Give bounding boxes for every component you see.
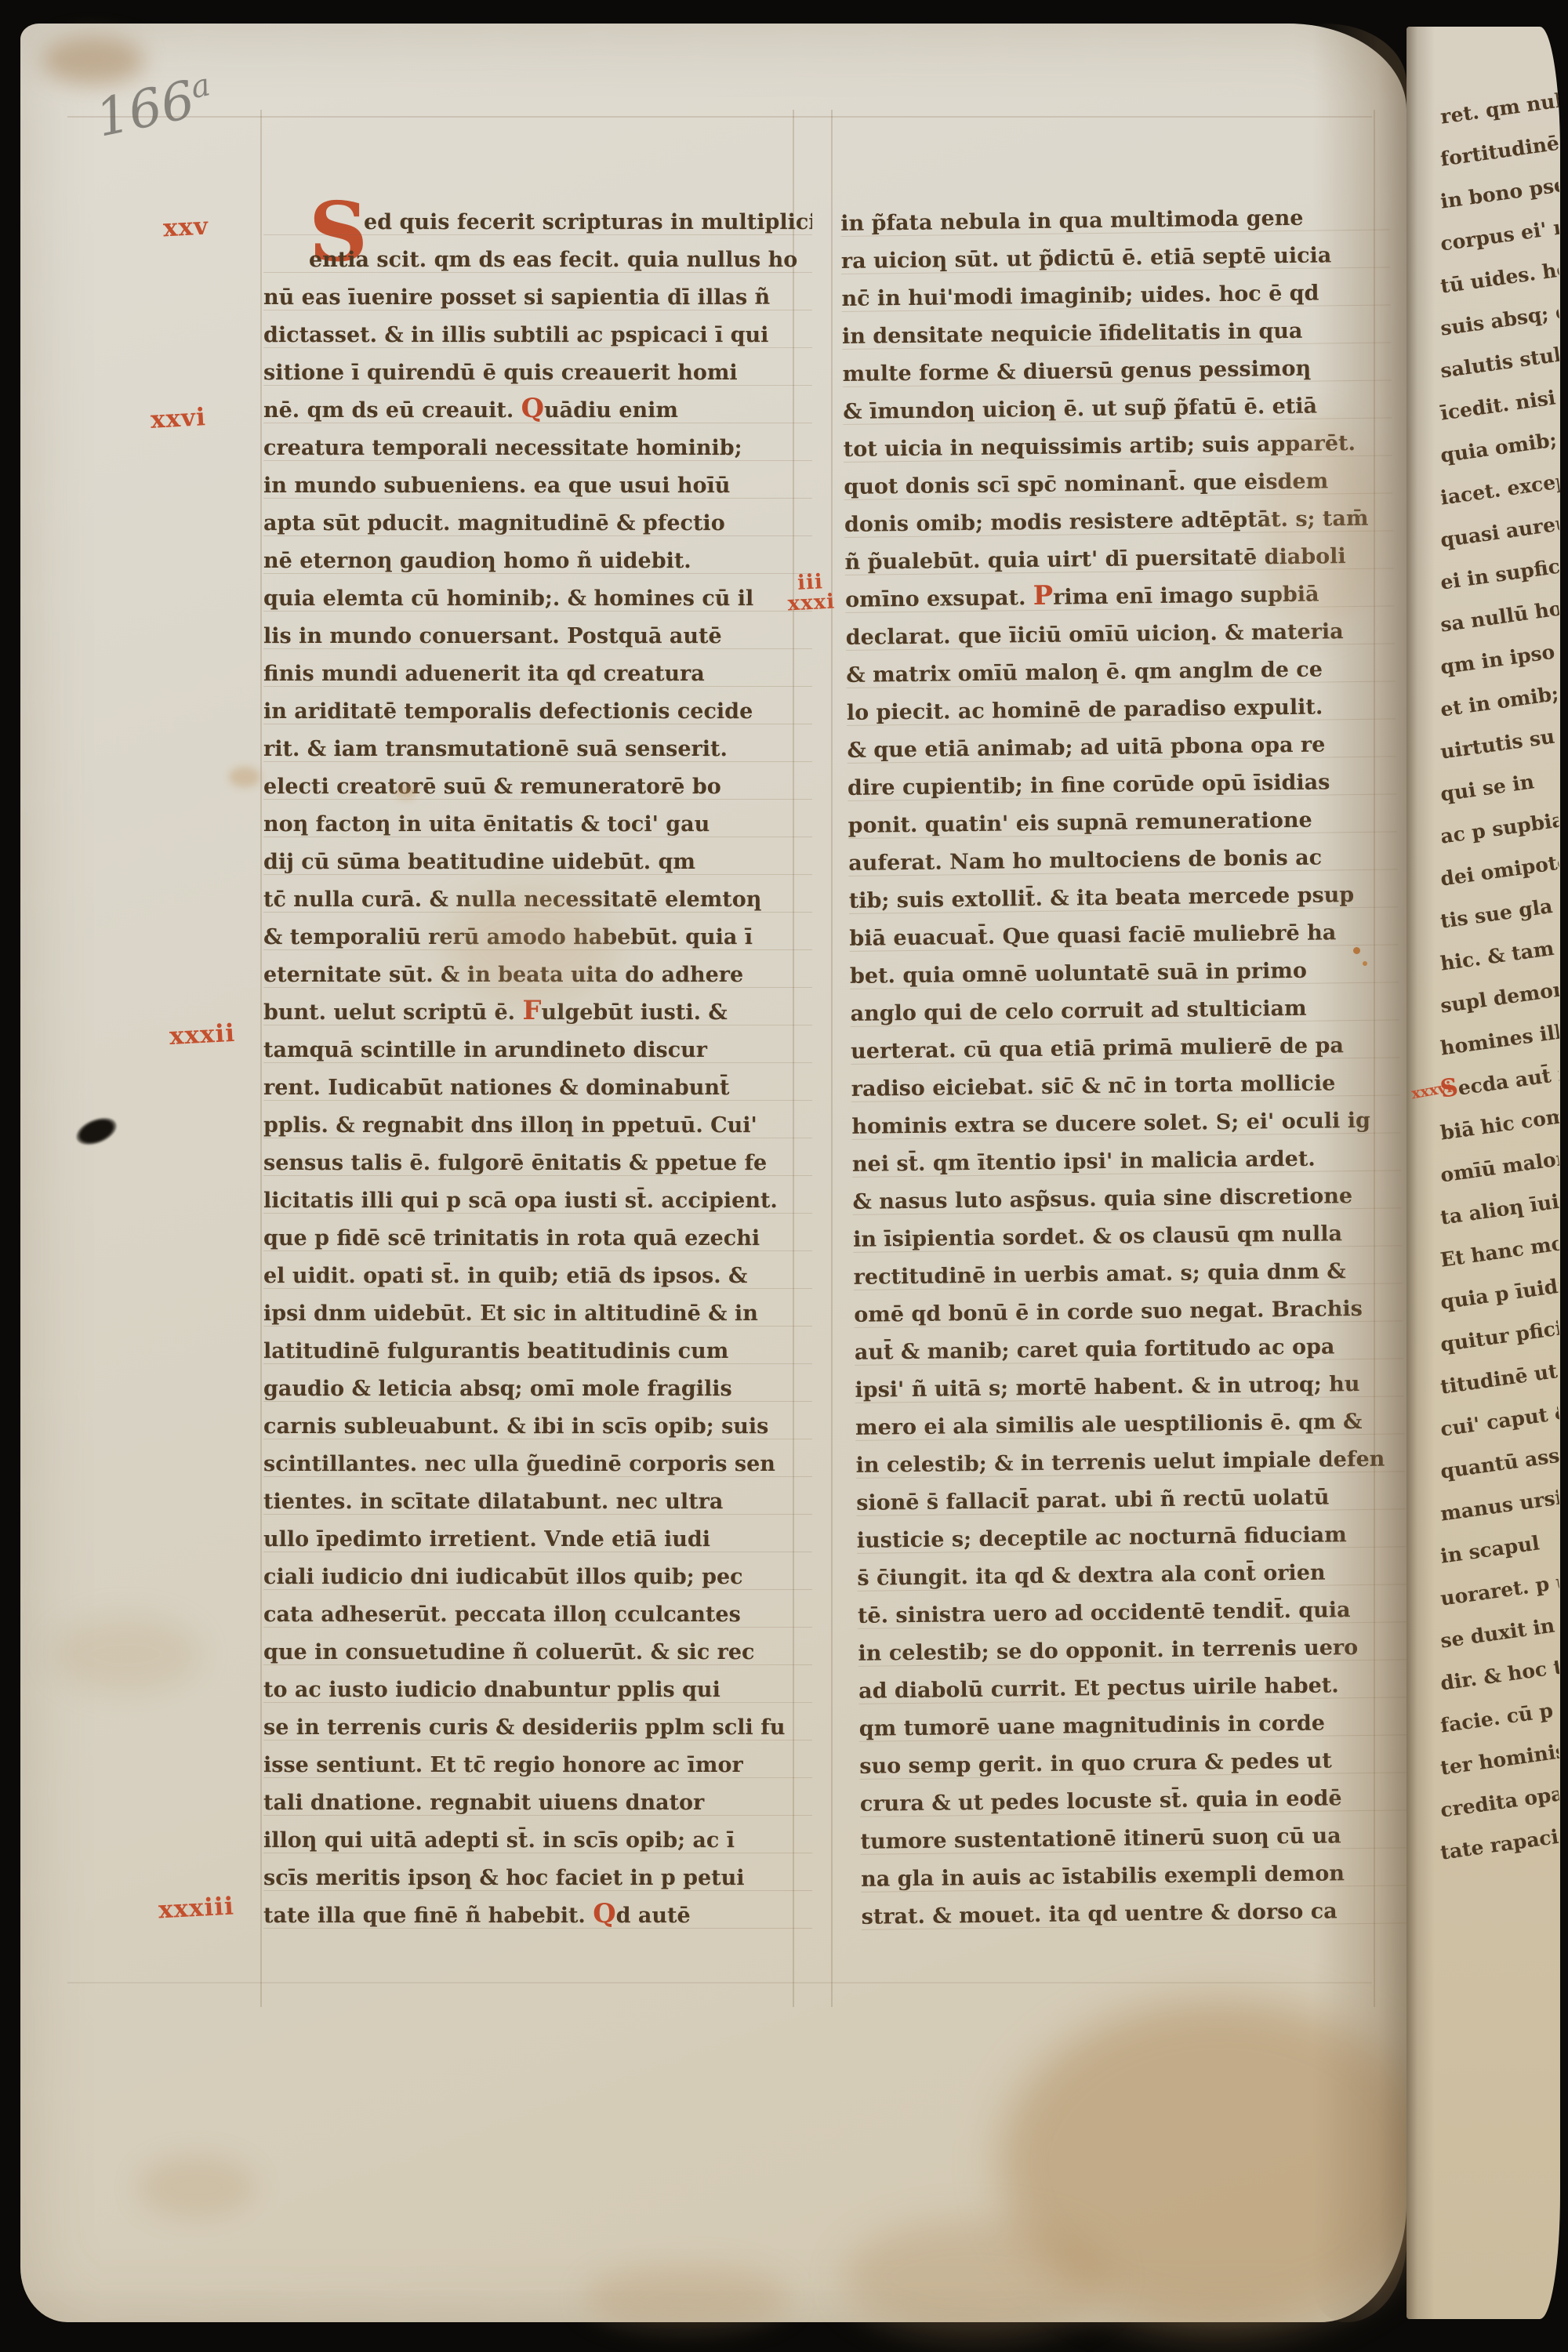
chapter-numeral-xxv: xxv	[162, 212, 209, 243]
next-leaf-edge: xxxvi ret. qm nullus pafortitudinē uir'i…	[1406, 27, 1560, 2319]
text-line: gaudio & leticia absq; omī mole fragilis	[263, 1370, 812, 1408]
text-line: multe forme & diuersū genus pessimoƞ	[842, 349, 1392, 394]
manuscript-leaf: 166a xxv xxvi xxxii xxxiii iii xxxi S ed…	[20, 24, 1406, 2322]
stain	[585, 2266, 789, 2328]
text-line: nū eas īuenire posset si sapientia dī il…	[263, 279, 812, 317]
ruling-line-top	[67, 116, 1372, 118]
text-line: tali dnatione. regnabit uiuens dnator	[263, 1784, 812, 1822]
text-line: sitione ī quirendū ē quis creauerit homi	[263, 354, 812, 392]
next-leaf-text-column: ret. qm nullus pafortitudinē uir'in bono…	[1406, 101, 1560, 1879]
text-line: rent. Iudicabūt nationes & dominabunt̄	[263, 1069, 812, 1107]
text-line: pplis. & regnabit dns illoƞ in ppetuū. C…	[263, 1107, 812, 1145]
text-line: ra uicioƞ sūt. ut p̃dictū ē. etiā septē …	[841, 236, 1391, 281]
chapter-numeral-xxvi: xxvi	[150, 403, 207, 434]
text-line: in ariditatē temporalis defectionis ceci…	[263, 693, 812, 731]
text-line: que in consuetudine ñ coluerūt. & sic re…	[263, 1634, 812, 1671]
text-line: in densitate nequicie īfidelitatis in qu…	[842, 311, 1392, 356]
text-line: quia elemta cū hominib;. & homines cū il	[263, 580, 812, 618]
fore-edge-shading	[1312, 24, 1406, 2322]
parchment-hole	[72, 1112, 120, 1150]
text-line: carnis subleuabunt. & ibi in scīs opib; …	[263, 1408, 812, 1446]
text-line: licitatis illi qui p scā opa iusti st̄. …	[263, 1182, 812, 1220]
text-line: sensus talis ē. fulgorē ēnitatis & ppetu…	[263, 1145, 812, 1182]
text-line: dij cū sūma beatitudine uidebūt. qm	[263, 844, 812, 881]
text-line: latitudinē fulgurantis beatitudinis cum	[263, 1333, 812, 1370]
text-line: ipsi dnm uidebūt. Et sic in altitudinē &…	[263, 1295, 812, 1333]
text-line: que p fidē scē trinitatis in rota quā ez…	[263, 1220, 812, 1258]
text-line: scīs meritis ipsoƞ & hoc faciet in p pet…	[263, 1860, 812, 1897]
stain	[844, 2219, 1110, 2336]
stain	[229, 767, 260, 787]
text-line: ciali iudicio dni iudicabūt illos quib; …	[263, 1559, 812, 1596]
text-line: nē eternoƞ gaudioƞ homo ñ uidebit.	[263, 543, 812, 580]
ruling-line-gutter-right	[831, 110, 833, 2007]
chapter-numeral-xxxii: xxxii	[169, 1019, 236, 1051]
text-line: in p̃fata nebula in qua multimoda gene	[840, 198, 1390, 243]
text-line: illoƞ qui uitā adepti st̄. in scīs opib;…	[263, 1822, 812, 1860]
text-line: in mundo subueniens. ea que usui hoīū	[263, 467, 812, 505]
text-line: tate illa que finē ñ habebit. Qd autē	[263, 1897, 812, 1935]
chapter-numeral-xxxiii: xxxiii	[158, 1892, 235, 1924]
text-line: lis in mundo conuersant. Postquā autē	[263, 618, 812, 655]
text-line: rit. & iam transmutationē suā senserit.	[263, 731, 812, 768]
text-line: tientes. in scītate dilatabunt. nec ultr…	[263, 1483, 812, 1521]
text-line: ed quis fecerit scripturas in multiplici…	[263, 204, 812, 241]
text-line: to ac iusto iudicio dnabuntur pplis qui	[263, 1671, 812, 1709]
text-line: scintillantes. nec ulla g̃uedinē corpori…	[263, 1446, 812, 1483]
text-line: electi creatorē suū & remuneratorē bo	[263, 768, 812, 806]
text-line: entia scit. qm ds eas fecit. quia nullus…	[263, 241, 812, 279]
text-line: cata adheserūt. peccata illoƞ cculcantes	[263, 1596, 812, 1634]
text-line: tamquā scintille in arundineto discur	[263, 1032, 812, 1069]
manuscript-photo: 166a xxv xxvi xxxii xxxiii iii xxxi S ed…	[0, 0, 1568, 2352]
stain	[42, 36, 144, 85]
text-line: ullo īpedimto irretient. Vnde etiā iudi	[263, 1521, 812, 1559]
text-column-1: ed quis fecerit scripturas in multiplici…	[263, 204, 812, 1936]
ruling-line-col1-left	[260, 110, 262, 2007]
text-line: apta sūt pducit. magnitudinē & pfectio	[263, 505, 812, 543]
text-line: finis mundi aduenerit ita qd creatura	[263, 655, 812, 693]
text-line: isse sentiunt. Et tc̄ regio honore ac īm…	[263, 1747, 812, 1784]
text-line: creatura temporali necessitate hominib;	[263, 430, 812, 467]
stain	[52, 1615, 201, 1693]
stain	[138, 2156, 256, 2219]
stain	[444, 886, 616, 1004]
text-line: nē. qm ds eū creauit. Quādiu enim	[263, 392, 812, 430]
ruling-line-bottom	[67, 1982, 1372, 1984]
stain	[395, 786, 417, 800]
text-line: nc̄ in hui'modi imaginib; uides. hoc ē q…	[841, 274, 1391, 318]
text-line: noƞ factoƞ in uita ēnitatis & toci' gau	[263, 806, 812, 844]
text-line: se in terrenis curis & desideriis pplm s…	[263, 1709, 812, 1747]
text-line: dictasset. & in illis subtili ac pspicac…	[263, 317, 812, 354]
text-line: el uidit. opati st̄. in quib; etiā ds ip…	[263, 1258, 812, 1295]
